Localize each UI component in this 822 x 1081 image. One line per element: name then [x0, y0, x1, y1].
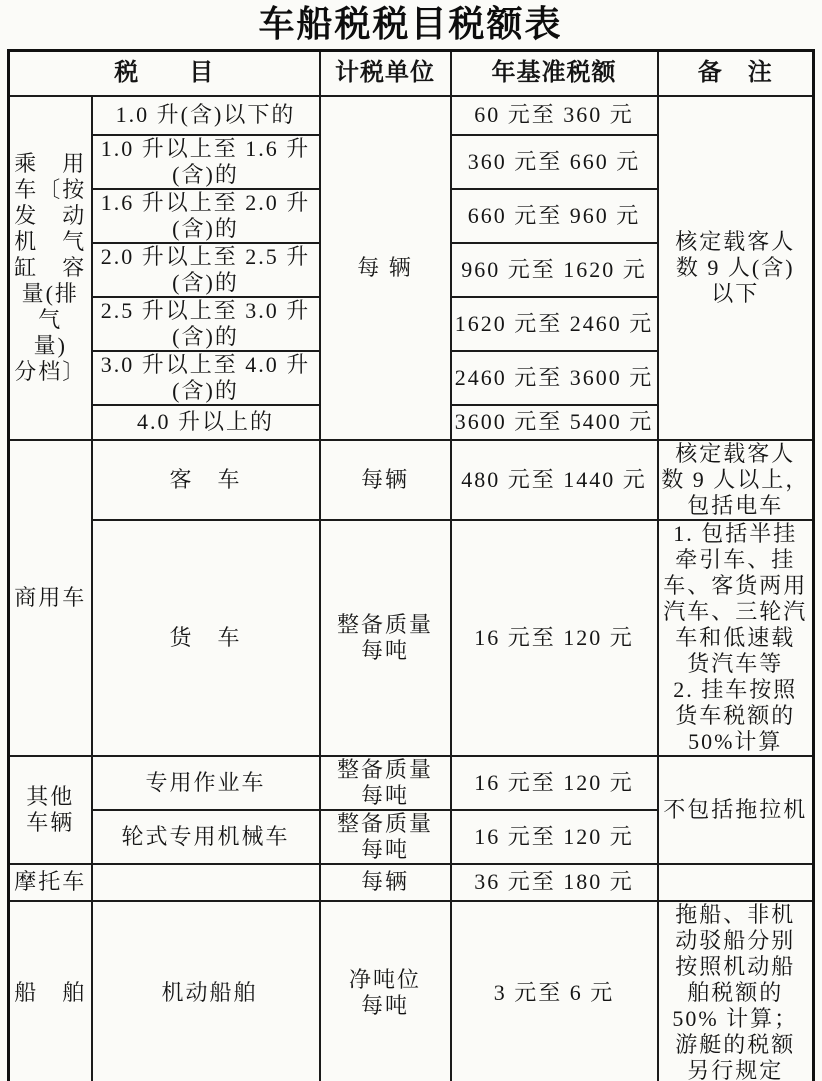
cell-tax-amount: 960 元至 1620 元 [451, 243, 658, 297]
header-tax-unit: 计税单位 [320, 51, 451, 96]
cell-tax-amount: 1620 元至 2460 元 [451, 297, 658, 351]
table-row-truck: 货 车 整备质量 每吨 16 元至 120 元 1. 包括半挂 牵引车、挂 车、… [9, 520, 814, 756]
document-page: 车船税税目税额表 税 目 计税单位 年基准税额 备 注 乘 用 车〔按 发 动 … [0, 0, 822, 1081]
header-tax-item: 税 目 [9, 51, 320, 96]
cell-unit: 整备质量 每吨 [320, 520, 451, 756]
cell-unit-passenger-car: 每 辆 [320, 96, 451, 440]
cell-unit: 每辆 [320, 864, 451, 901]
cell-unit: 每辆 [320, 440, 451, 520]
table-row-bracket-1: 乘 用 车〔按 发 动 机 气 缸 容 量(排 气 量) 分档〕 1.0 升(含… [9, 96, 814, 135]
cell-tax-amount: 16 元至 120 元 [451, 756, 658, 810]
cell-tax-amount: 360 元至 660 元 [451, 135, 658, 189]
cell-vehicle-label: 机动船舶 [92, 901, 320, 1081]
cell-tax-amount: 480 元至 1440 元 [451, 440, 658, 520]
cell-vehicle-label: 轮式专用机械车 [92, 810, 320, 864]
cell-remark-passenger-car: 核定载客人 数 9 人(含) 以下 [658, 96, 814, 440]
table-row-special-work-vehicle: 其他 车辆 专用作业车 整备质量 每吨 16 元至 120 元 不包括拖拉机 [9, 756, 814, 810]
table-row-motorcycle: 摩托车 每辆 36 元至 180 元 [9, 864, 814, 901]
cell-tax-amount: 3 元至 6 元 [451, 901, 658, 1081]
cell-tax-amount: 3600 元至 5400 元 [451, 405, 658, 440]
cell-bracket-label: 1.0 升以上至 1.6 升 (含)的 [92, 135, 320, 189]
cell-remark-truck: 1. 包括半挂 牵引车、挂 车、客货两用 汽车、三轮汽 车和低速载 货汽车等 2… [658, 520, 814, 756]
cell-category-passenger-car: 乘 用 车〔按 发 动 机 气 缸 容 量(排 气 量) 分档〕 [9, 96, 92, 440]
cell-remark-other-vehicles: 不包括拖拉机 [658, 756, 814, 864]
cell-vehicle-label [92, 864, 320, 901]
table-row-vessel: 船 舶 机动船舶 净吨位 每吨 3 元至 6 元 拖船、非机 动驳船分别 按照机… [9, 901, 814, 1081]
cell-remark-vessel: 拖船、非机 动驳船分别 按照机动船 舶税额的 50% 计算； 游艇的税额 另行规… [658, 901, 814, 1081]
cell-bracket-label: 3.0 升以上至 4.0 升 (含)的 [92, 351, 320, 405]
header-annual-base-tax: 年基准税额 [451, 51, 658, 96]
cell-bracket-label: 1.6 升以上至 2.0 升 (含)的 [92, 189, 320, 243]
cell-bracket-label: 4.0 升以上的 [92, 405, 320, 440]
cell-tax-amount: 2460 元至 3600 元 [451, 351, 658, 405]
tax-rate-table: 税 目 计税单位 年基准税额 备 注 乘 用 车〔按 发 动 机 气 缸 容 量… [7, 49, 815, 1081]
cell-category-motorcycle: 摩托车 [9, 864, 92, 901]
cell-bracket-label: 2.0 升以上至 2.5 升 (含)的 [92, 243, 320, 297]
cell-tax-amount: 60 元至 360 元 [451, 96, 658, 135]
cell-remark-bus: 核定载客人 数 9 人以上， 包括电车 [658, 440, 814, 520]
cell-tax-amount: 16 元至 120 元 [451, 810, 658, 864]
cell-tax-amount: 660 元至 960 元 [451, 189, 658, 243]
cell-unit: 净吨位 每吨 [320, 901, 451, 1081]
cell-vehicle-label: 货 车 [92, 520, 320, 756]
header-remarks: 备 注 [658, 51, 814, 96]
cell-tax-amount: 16 元至 120 元 [451, 520, 658, 756]
cell-category-commercial: 商用车 [9, 440, 92, 756]
cell-vehicle-label: 客 车 [92, 440, 320, 520]
cell-vehicle-label: 专用作业车 [92, 756, 320, 810]
cell-category-vessel: 船 舶 [9, 901, 92, 1081]
cell-remark-motorcycle [658, 864, 814, 901]
cell-unit: 整备质量 每吨 [320, 810, 451, 864]
table-row-passenger-bus: 商用车 客 车 每辆 480 元至 1440 元 核定载客人 数 9 人以上， … [9, 440, 814, 520]
document-title: 车船税税目税额表 [7, 2, 814, 46]
cell-bracket-label: 1.0 升(含)以下的 [92, 96, 320, 135]
cell-unit: 整备质量 每吨 [320, 756, 451, 810]
cell-category-other-vehicles: 其他 车辆 [9, 756, 92, 864]
cell-tax-amount: 36 元至 180 元 [451, 864, 658, 901]
cell-bracket-label: 2.5 升以上至 3.0 升 (含)的 [92, 297, 320, 351]
table-header-row: 税 目 计税单位 年基准税额 备 注 [9, 51, 814, 96]
